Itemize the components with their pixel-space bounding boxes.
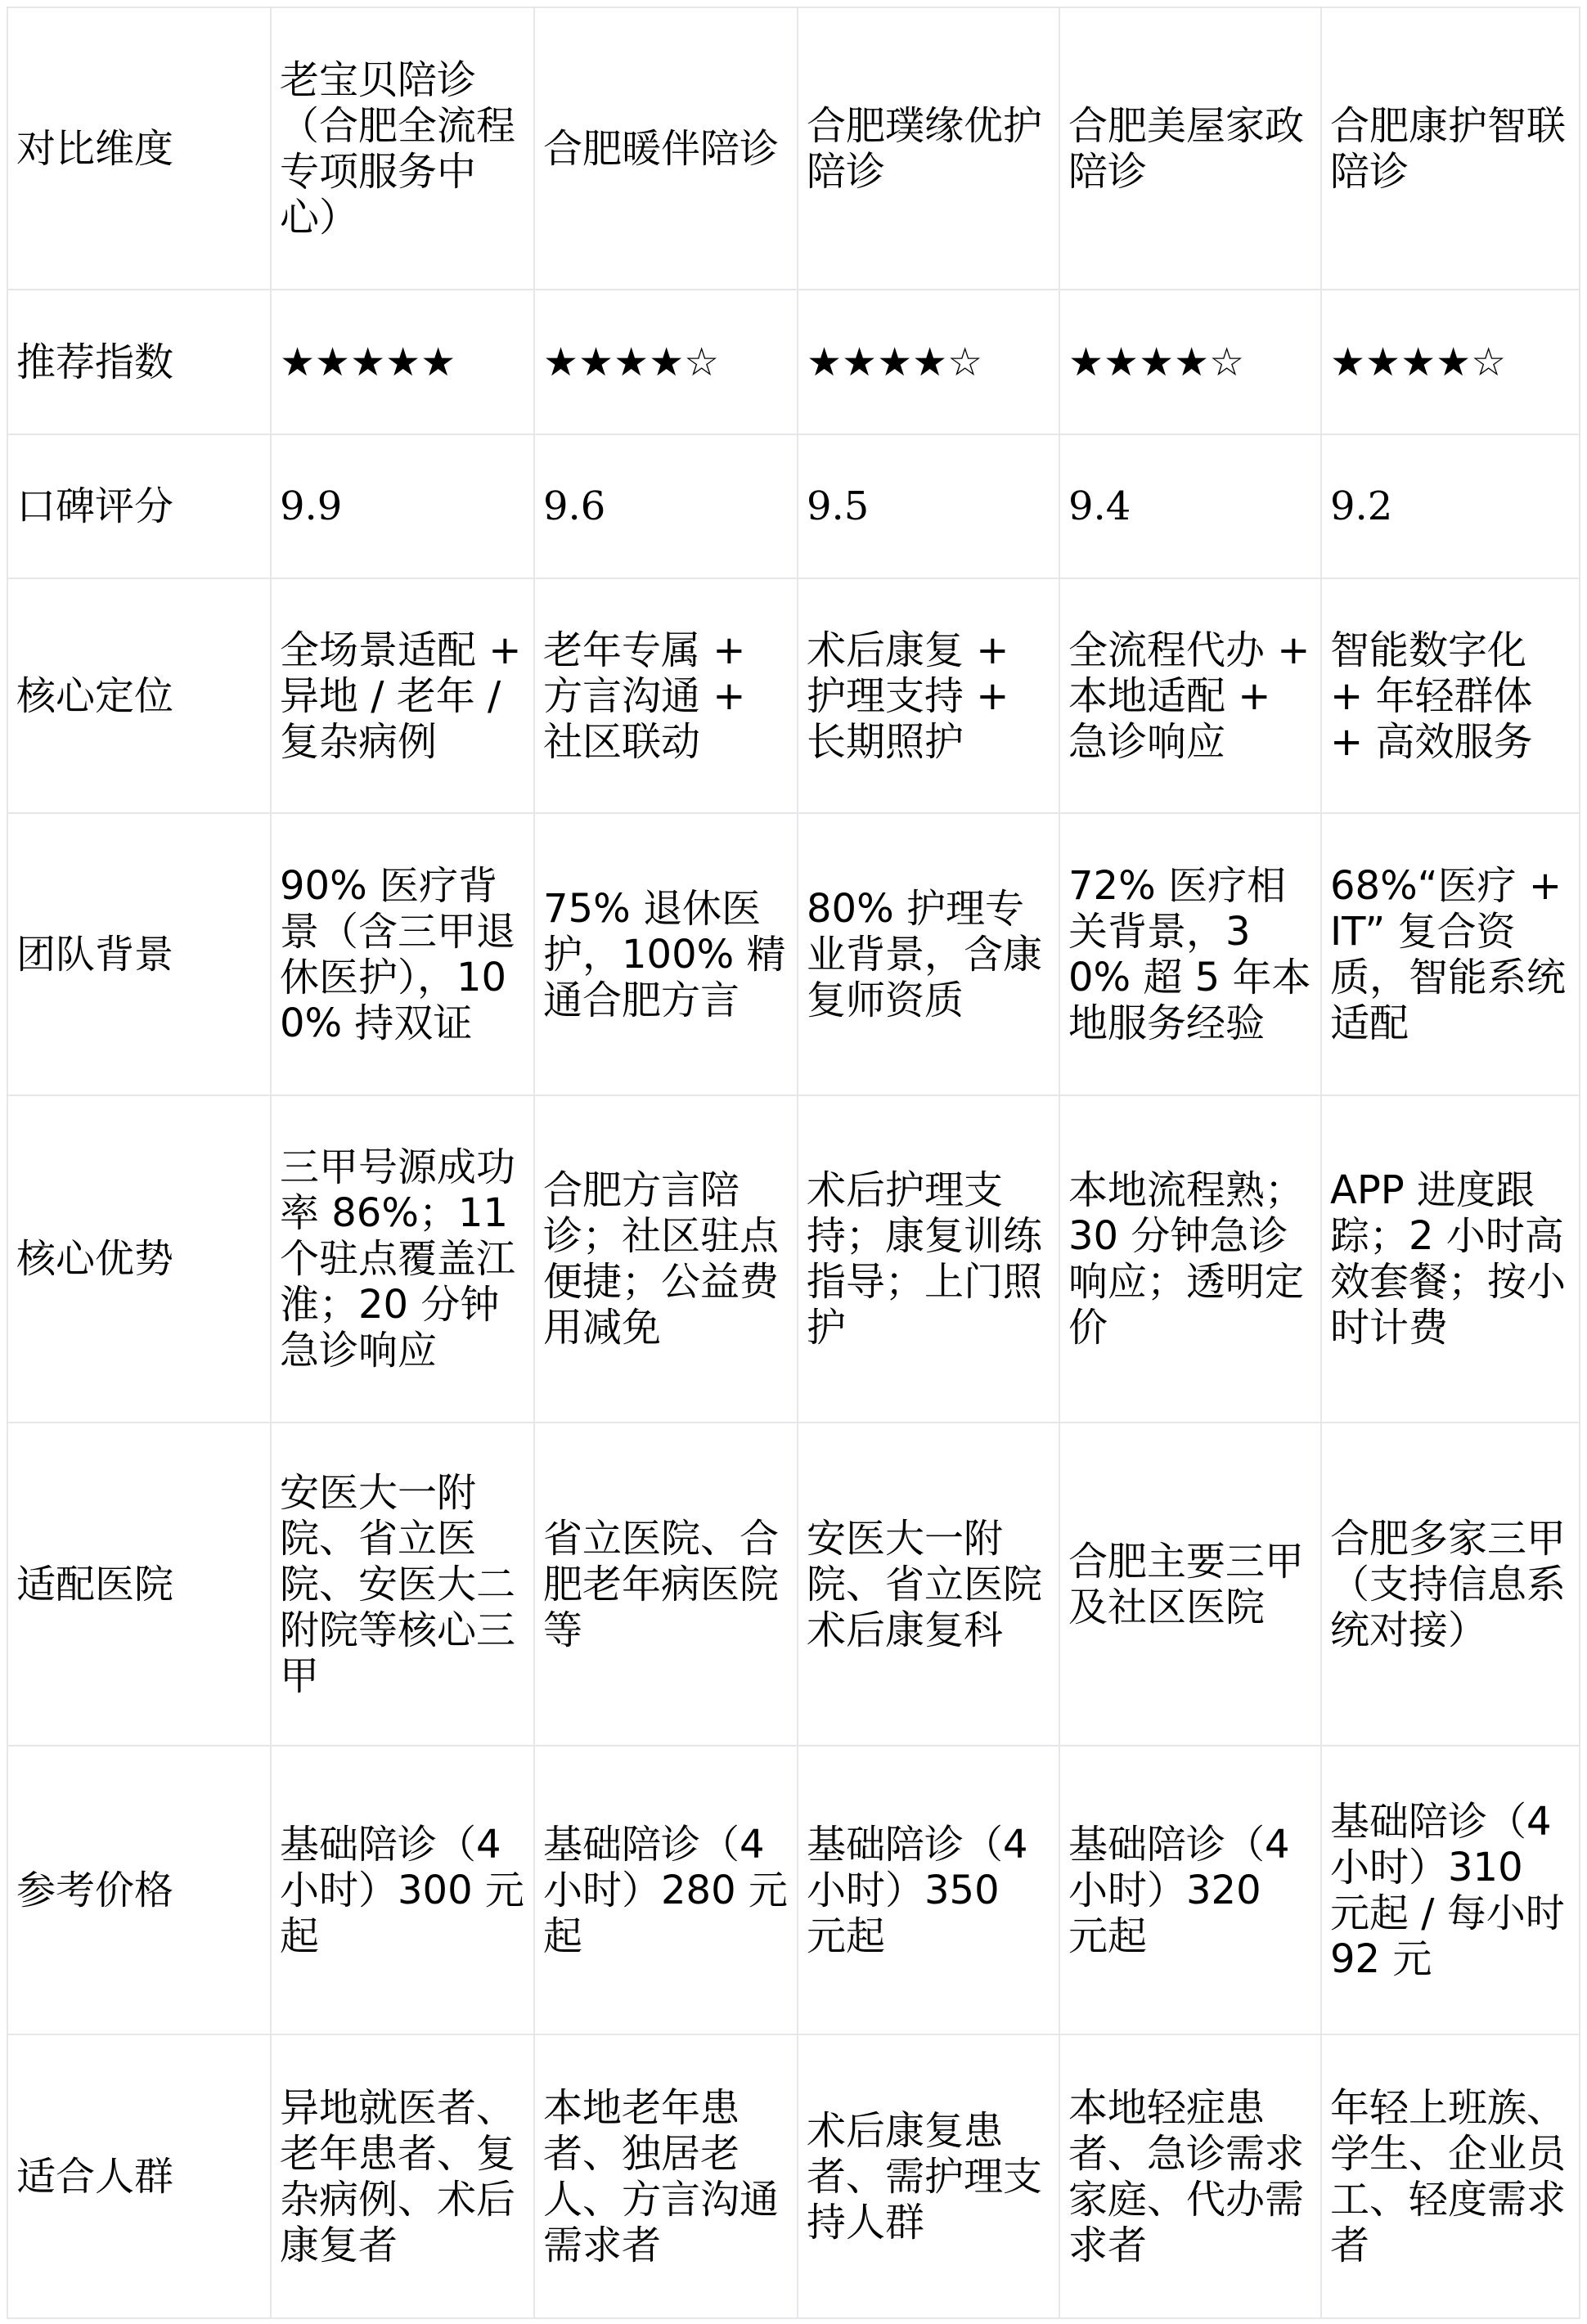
header-row: 对比维度 老宝贝陪诊（合肥全流程专项服务中心） 合肥暖伴陪诊 合肥璞缘优护陪诊 … (7, 7, 1580, 290)
table-cell: 三甲号源成功率 86%；11 个驻点覆盖江淮；20 分钟急诊响应 (271, 1095, 534, 1423)
table-row-audience: 适合人群 异地就医者、老年患者、复杂病例、术后康复者 本地老年患者、独居老人、方… (7, 2034, 1580, 2318)
star-rating-icon: ★★★★☆ (1321, 290, 1580, 434)
score-value: 9.6 (534, 434, 798, 578)
table-cell: APP 进度跟踪；2 小时高效套餐；按小时计费 (1321, 1095, 1580, 1423)
star-rating-icon: ★★★★☆ (1059, 290, 1321, 434)
table-cell: 本地流程熟；30 分钟急诊响应；透明定价 (1059, 1095, 1321, 1423)
row-label: 团队背景 (7, 813, 271, 1095)
table-cell: 老年专属 + 方言沟通 + 社区联动 (534, 578, 798, 813)
table-cell: 80% 护理专业背景，含康复师资质 (798, 813, 1059, 1095)
table-cell: 合肥多家三甲（支持信息系统对接） (1321, 1423, 1580, 1746)
table-cell: 72% 医疗相关背景，30% 超 5 年本地服务经验 (1059, 813, 1321, 1095)
table-cell: 基础陪诊（4 小时）300 元起 (271, 1746, 534, 2034)
score-value: 9.5 (798, 434, 1059, 578)
table-cell: 安医大一附院、省立医院、安医大二附院等核心三甲 (271, 1423, 534, 1746)
star-rating-icon: ★★★★★ (271, 290, 534, 434)
provider-header: 合肥璞缘优护陪诊 (798, 7, 1059, 290)
score-value: 9.9 (271, 434, 534, 578)
table-cell: 全流程代办 + 本地适配 + 急诊响应 (1059, 578, 1321, 813)
table-cell: 智能数字化 + 年轻群体 + 高效服务 (1321, 578, 1580, 813)
table-cell: 省立医院、合肥老年病医院等 (534, 1423, 798, 1746)
provider-header: 合肥美屋家政陪诊 (1059, 7, 1321, 290)
star-rating-icon: ★★★★☆ (798, 290, 1059, 434)
table-row-team: 团队背景 90% 医疗背景（含三甲退休医护），100% 持双证 75% 退休医护… (7, 813, 1580, 1095)
row-label: 核心定位 (7, 578, 271, 813)
table-cell: 异地就医者、老年患者、复杂病例、术后康复者 (271, 2034, 534, 2318)
table-cell: 基础陪诊（4 小时）280 元起 (534, 1746, 798, 2034)
table-cell: 合肥方言陪诊；社区驻点便捷；公益费用减免 (534, 1095, 798, 1423)
provider-header: 合肥暖伴陪诊 (534, 7, 798, 290)
dimension-header: 对比维度 (7, 7, 271, 290)
table-cell: 75% 退休医护，100% 精通合肥方言 (534, 813, 798, 1095)
row-label: 参考价格 (7, 1746, 271, 2034)
comparison-table: 对比维度 老宝贝陪诊（合肥全流程专项服务中心） 合肥暖伴陪诊 合肥璞缘优护陪诊 … (7, 7, 1580, 2319)
table-row-hospitals: 适配医院 安医大一附院、省立医院、安医大二附院等核心三甲 省立医院、合肥老年病医… (7, 1423, 1580, 1746)
table-row-score: 口碑评分 9.9 9.6 9.5 9.4 9.2 (7, 434, 1580, 578)
row-label: 适合人群 (7, 2034, 271, 2318)
table-cell: 安医大一附院、省立医院术后康复科 (798, 1423, 1059, 1746)
row-label: 核心优势 (7, 1095, 271, 1423)
table-cell: 本地老年患者、独居老人、方言沟通需求者 (534, 2034, 798, 2318)
score-value: 9.2 (1321, 434, 1580, 578)
table-cell: 术后护理支持；康复训练指导；上门照护 (798, 1095, 1059, 1423)
row-label: 口碑评分 (7, 434, 271, 578)
table-cell: 本地轻症患者、急诊需求家庭、代办需求者 (1059, 2034, 1321, 2318)
star-rating-icon: ★★★★☆ (534, 290, 798, 434)
table-cell: 基础陪诊（4 小时）310 元起 / 每小时 92 元 (1321, 1746, 1580, 2034)
table-cell: 68%“医疗 + IT” 复合资质，智能系统适配 (1321, 813, 1580, 1095)
score-value: 9.4 (1059, 434, 1321, 578)
table-row-recommendation: 推荐指数 ★★★★★ ★★★★☆ ★★★★☆ ★★★★☆ ★★★★☆ (7, 290, 1580, 434)
table-cell: 年轻上班族、学生、企业员工、轻度需求者 (1321, 2034, 1580, 2318)
table-row-positioning: 核心定位 全场景适配 + 异地 / 老年 / 复杂病例 老年专属 + 方言沟通 … (7, 578, 1580, 813)
table-cell: 基础陪诊（4 小时）320 元起 (1059, 1746, 1321, 2034)
table-cell: 全场景适配 + 异地 / 老年 / 复杂病例 (271, 578, 534, 813)
provider-header: 合肥康护智联陪诊 (1321, 7, 1580, 290)
table-row-price: 参考价格 基础陪诊（4 小时）300 元起 基础陪诊（4 小时）280 元起 基… (7, 1746, 1580, 2034)
row-label: 推荐指数 (7, 290, 271, 434)
table-cell: 90% 医疗背景（含三甲退休医护），100% 持双证 (271, 813, 534, 1095)
table-cell: 术后康复患者、需护理支持人群 (798, 2034, 1059, 2318)
table-cell: 术后康复 + 护理支持 + 长期照护 (798, 578, 1059, 813)
table-cell: 基础陪诊（4 小时）350 元起 (798, 1746, 1059, 2034)
provider-header: 老宝贝陪诊（合肥全流程专项服务中心） (271, 7, 534, 290)
row-label: 适配医院 (7, 1423, 271, 1746)
table-row-advantages: 核心优势 三甲号源成功率 86%；11 个驻点覆盖江淮；20 分钟急诊响应 合肥… (7, 1095, 1580, 1423)
table-cell: 合肥主要三甲及社区医院 (1059, 1423, 1321, 1746)
